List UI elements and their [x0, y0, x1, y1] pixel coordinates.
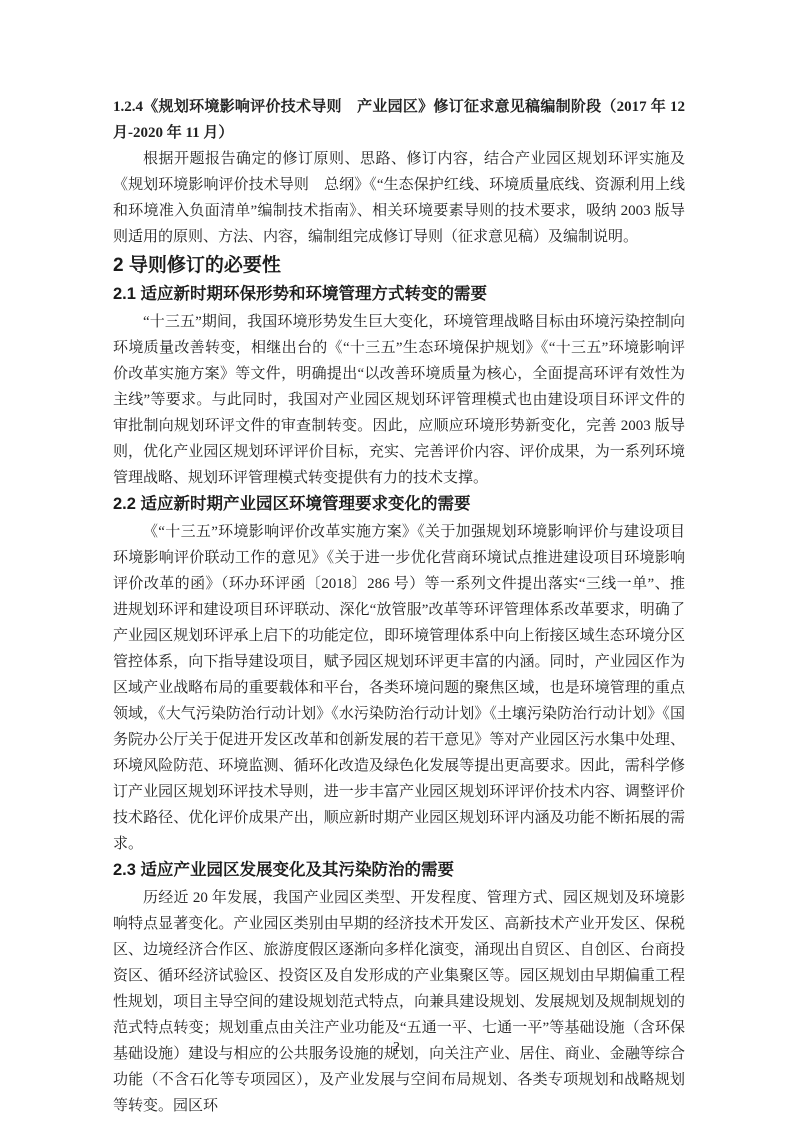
page-content: 1.2.4《规划环境影响评价技术导则 产业园区》修订征求意见稿编制阶段（2017…	[113, 94, 685, 1119]
section-paragraph-2-3: 历经近 20 年发展，我国产业园区类型、开发程度、管理方式、园区规划及环境影响特…	[113, 885, 685, 1119]
section-heading-2-2: 2.2 适应新时期产业园区环境管理要求变化的需要	[113, 491, 685, 518]
section-heading-2-1: 2.1 适应新时期环保形势和环境管理方式转变的需要	[113, 281, 685, 308]
section-paragraph-2-2: 《“十三五”环境影响评价改革实施方案》《关于加强规划环境影响评价与建设项目环境影…	[113, 519, 685, 857]
intro-paragraph: 根据开题报告确定的修订原则、思路、修订内容，结合产业园区规划环评实施及《规划环境…	[113, 146, 685, 250]
page-number: 2	[0, 1038, 793, 1058]
heading-1-2-4: 1.2.4《规划环境影响评价技术导则 产业园区》修订征求意见稿编制阶段（2017…	[113, 94, 685, 146]
document-page: 1.2.4《规划环境影响评价技术导则 产业园区》修订征求意见稿编制阶段（2017…	[0, 0, 793, 1122]
section-paragraph-2-1: “十三五”期间，我国环境形势发生巨大变化，环境管理战略目标由环境污染控制向环境质…	[113, 309, 685, 491]
chapter-2-heading: 2 导则修订的必要性	[113, 252, 685, 280]
section-heading-2-3: 2.3 适应产业园区发展变化及其污染防治的需要	[113, 857, 685, 884]
